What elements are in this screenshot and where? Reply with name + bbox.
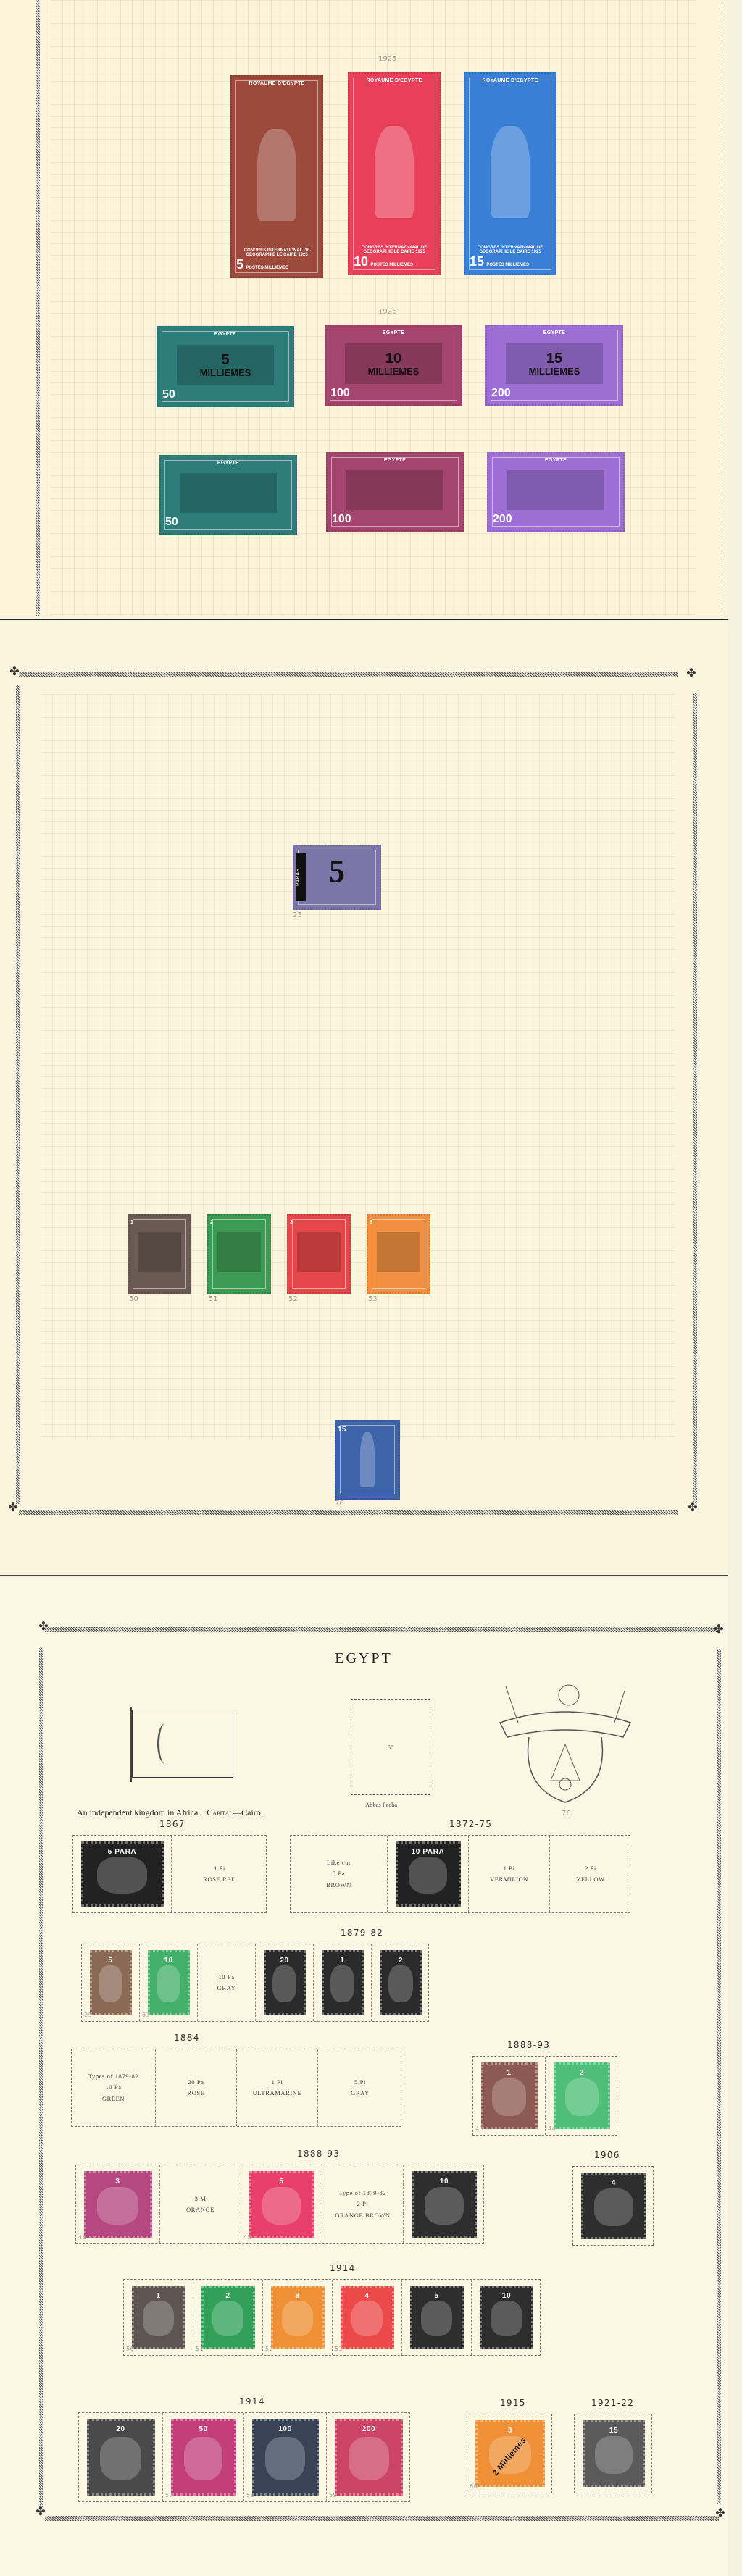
pencil-catalog-number: 60 <box>470 2482 478 2492</box>
stamp-1914-3m-orange[interactable]: 3 <box>367 1214 430 1294</box>
stamp-value: 100 <box>326 387 461 404</box>
section-year: 1914 <box>330 2263 356 2273</box>
stamp-image: 2 <box>554 2062 610 2129</box>
pencil-catalog-number: 45 <box>243 2233 251 2243</box>
pencil-catalog-number: 23 <box>293 911 302 919</box>
mounted-stamp[interactable]: 5 <box>402 2280 472 2355</box>
pencil-catalog-number: 29 <box>84 2010 92 2020</box>
section-year: 1906 <box>594 2150 620 2160</box>
mounted-stamp[interactable]: 5 PARA <box>73 1836 172 1912</box>
stamp-image: 10 <box>148 1950 190 2015</box>
stamp-top-text: EGYPTE <box>213 327 238 337</box>
stamp-1914-3m-red[interactable]: 3 <box>287 1214 351 1294</box>
stamp-top-text: ROYAUME D'EGYPTE <box>365 74 424 83</box>
pencil-catalog-number: 52 <box>288 1295 298 1303</box>
stamp-1914-1m[interactable]: 1 <box>128 1214 191 1294</box>
pencil-year-1926: 1926 <box>378 308 396 316</box>
section-year: 1867 <box>159 1819 185 1829</box>
stamp-image: 50 <box>171 2419 236 2496</box>
stamp-1926-overprint-5m[interactable]: EGYPTE 5MILLIEMES 50 <box>157 326 294 407</box>
stamp-image: 10 <box>412 2171 477 2238</box>
stamp-space-description[interactable]: Type of 1879-822 PiORANGE BROWN <box>322 2165 404 2243</box>
description-line: 1 Pi <box>214 1863 225 1874</box>
pencil-catalog-number: 58 <box>246 2491 254 2501</box>
stamp-1925-10m[interactable]: ROYAUME D'EGYPTE CONGRES INTERNATIONAL D… <box>348 72 441 275</box>
pencil-catalog-number: 33 <box>142 2010 150 2020</box>
stamp-image: 5 <box>249 2171 314 2238</box>
stamp-1926-200m[interactable]: EGYPTE 200 <box>487 452 625 532</box>
mounted-stamp[interactable]: 4 <box>573 2167 654 2245</box>
border-right <box>693 693 697 1504</box>
stamp-image: 5 <box>90 1950 132 2015</box>
border-right <box>717 1649 721 2504</box>
mounted-stamp[interactable]: 2 <box>372 1944 430 2021</box>
description-line: Like cut <box>327 1857 351 1868</box>
border-bottom <box>45 2516 719 2521</box>
mounted-stamp[interactable]: 10 PARA <box>388 1836 469 1912</box>
corner-ornament-icon: ✤ <box>684 668 699 688</box>
mounted-stamp[interactable]: 5057 <box>163 2413 244 2501</box>
section-year: 1884 <box>174 2033 200 2043</box>
description-line: ULTRAMARINE <box>253 2088 302 2099</box>
stamp-image: 200 <box>335 2419 403 2496</box>
stamp-image: 20 <box>87 2419 155 2496</box>
description-line: VERMILION <box>490 1874 528 1885</box>
stamp-value: 5 <box>236 257 243 272</box>
stamp-space-description[interactable]: 3 MORANGE <box>160 2165 241 2243</box>
stamp-row-1921-22: 15 <box>574 2414 652 2493</box>
stamp-caption: CONGRES INTERNATIONAL DE GEOGRAPHIE LE C… <box>232 248 322 257</box>
stamp-image: 32 Milliemes <box>475 2420 545 2487</box>
stamp-caption: CONGRES INTERNATIONAL DE GEOGRAPHIE LE C… <box>349 246 439 254</box>
pencil-catalog-number: 52 <box>265 2344 273 2354</box>
pencil-catalog-number: 53 <box>335 2344 343 2354</box>
stamp-image: 5 PARA <box>81 1841 164 1907</box>
description-line: 2 Pi <box>585 1863 596 1874</box>
stamp-1925-15m[interactable]: ROYAUME D'EGYPTE CONGRES INTERNATIONAL D… <box>464 72 556 275</box>
pencil-catalog-number: 51 <box>209 1295 218 1303</box>
overprint: 15MILLIEMES <box>487 351 622 377</box>
mounted-stamp[interactable]: 453 <box>333 2280 402 2355</box>
corner-ornament-icon: ✤ <box>685 1502 700 1523</box>
stamp-1926-overprint-10m[interactable]: EGYPTE 10MILLIEMES 100 <box>325 325 462 406</box>
section-year: 1888-93 <box>297 2149 340 2159</box>
stamp-space-description[interactable]: 1 PiROSE RED <box>172 1836 267 1912</box>
stamp-1926-100m[interactable]: EGYPTE 100 <box>326 452 464 532</box>
stamp-space-description[interactable]: 10 PaGRAY <box>198 1944 256 2021</box>
stamp-row-1914: 2050571005820059 <box>78 2412 410 2502</box>
border-bottom <box>19 1510 678 1515</box>
description-line: 10 Pa <box>105 2082 121 2093</box>
stamp-value: 50 <box>158 388 293 406</box>
mounted-stamp[interactable]: 150 <box>124 2280 193 2355</box>
section-year: 1872-75 <box>449 1819 492 1829</box>
description-line: 1 Pi <box>272 2077 283 2088</box>
stamp-row-1915: 32 Milliemes60 <box>467 2414 552 2493</box>
stamp-row-1906: 4 <box>572 2166 654 2246</box>
pencil-catalog-number: 76 <box>335 1500 344 1507</box>
description-line: YELLOW <box>576 1874 604 1885</box>
mounted-stamp[interactable]: 143 <box>473 2057 546 2135</box>
pencil-catalog-number: 51 <box>196 2344 204 2354</box>
stamp-value: 100 <box>328 513 462 530</box>
border-left <box>16 685 20 1504</box>
graph-paper-grid <box>41 694 675 1440</box>
country-intro: An independent kingdom in Africa. Capita… <box>77 1807 263 1818</box>
description-line: ROSE RED <box>203 1874 236 1885</box>
album-page-egypt: ✤ ✤ ✤ ✤ EGYPT 50 Abbas Pacha 76 An indep… <box>0 1578 728 2576</box>
flag-pole <box>130 1707 132 1782</box>
stamp-1926-50m[interactable]: EGYPTE 50 <box>159 455 297 535</box>
mounted-stamp[interactable]: 1 <box>314 1944 372 2021</box>
stamp-space-description[interactable]: Like cut5 PaBROWN <box>291 1836 388 1912</box>
description-line: GREEN <box>102 2094 125 2104</box>
stamp-image: 5 <box>410 2286 464 2349</box>
stamp-unit: POSTES MILLIEMES <box>246 266 288 270</box>
stamp-value: 15 <box>470 254 484 269</box>
stamp-space-description[interactable]: 2 PiYELLOW <box>550 1836 631 1912</box>
stamp-1921-15m[interactable]: 15 <box>335 1420 400 1500</box>
flag-illustration <box>132 1710 233 1778</box>
description-line: ORANGE <box>186 2204 214 2215</box>
stamp-value: 3 <box>288 1216 349 1225</box>
mounted-stamp[interactable]: 251 <box>193 2280 263 2355</box>
stamp-value: 15 <box>336 1421 399 1434</box>
stamp-1926-overprint-15m[interactable]: EGYPTE 15MILLIEMES 200 <box>485 325 623 406</box>
stamp-row-1914: 150251352453510 <box>123 2279 541 2356</box>
description-line: 2 Pi <box>357 2199 369 2209</box>
pencil-catalog-number: 57 <box>165 2491 173 2501</box>
description-line: BROWN <box>326 1880 351 1891</box>
stamp-space-description[interactable]: 5 PiGRAY <box>318 2049 402 2126</box>
border-top <box>19 672 678 677</box>
coat-of-arms-icon <box>478 1679 652 1810</box>
section-year: 1914 <box>239 2396 265 2406</box>
album-page-1925-1926: 1925 1926 ROYAUME D'EGYPTE CONGRES INTER… <box>0 0 728 620</box>
section-year: 1915 <box>500 2398 526 2408</box>
album-page-mixed: ✤ ✤ ✤ ✤ 5 PARAS 23 1 2 3 3 50 51 52 53 1… <box>0 622 728 1576</box>
page-border-right <box>722 0 722 616</box>
pencil-catalog-number: 43 <box>475 2124 483 2134</box>
corner-ornament-icon: ✤ <box>36 1621 51 1642</box>
mounted-stamp[interactable]: 15 <box>575 2414 653 2493</box>
description-line: 3 M <box>195 2194 207 2204</box>
portrait-value: 50 <box>388 1744 393 1751</box>
corner-ornament-icon: ✤ <box>33 2506 48 2527</box>
stamp-image: 2 <box>201 2286 255 2349</box>
stamp-caption: CONGRES INTERNATIONAL DE GEOGRAPHIE LE C… <box>465 246 555 254</box>
mounted-stamp[interactable]: 20 <box>79 2413 163 2501</box>
mounted-stamp[interactable]: 32 Milliemes60 <box>467 2414 553 2493</box>
portrait-space[interactable]: 50 <box>351 1699 430 1795</box>
pencil-catalog-number: 76 <box>562 1810 571 1818</box>
description-line: 10 Pa <box>218 1972 234 1983</box>
stamp-top-text: EGYPTE <box>381 326 406 335</box>
stamp-1914-2m[interactable]: 2 <box>207 1214 271 1294</box>
page-border-left <box>36 0 40 616</box>
overprint: 10MILLIEMES <box>326 351 461 377</box>
description-line: 5 Pi <box>354 2077 366 2088</box>
stamp-top-text: EGYPTE <box>383 453 407 463</box>
section-year: 1888-93 <box>507 2040 550 2050</box>
mounted-stamp[interactable]: 20059 <box>327 2413 411 2501</box>
stamp-value: 3 <box>368 1216 429 1225</box>
stamp-unit: POSTES MILLIEMES <box>370 263 413 267</box>
stamp-top-text: EGYPTE <box>543 453 568 463</box>
mounted-stamp[interactable]: 529 <box>82 1944 140 2021</box>
stamp-image: 2 <box>380 1950 422 2015</box>
mounted-stamp[interactable]: 545 <box>241 2165 322 2243</box>
stamp-value: 1 <box>129 1216 190 1225</box>
description-line: GRAY <box>351 2088 370 2099</box>
stamp-space-description[interactable]: 1 PiVERMILION <box>469 1836 550 1912</box>
stamp-image: 15 <box>583 2420 645 2487</box>
description-line: 5 Pa <box>333 1868 345 1879</box>
stamp-image: 100 <box>252 2419 319 2496</box>
corner-ornament-icon: ✤ <box>7 666 22 687</box>
stamp-image: 10 PARA <box>396 1841 461 1907</box>
stamp-space-description[interactable]: Types of 1879-8210 PaGREEN <box>72 2049 156 2126</box>
stamp-top-text: ROYAUME D'EGYPTE <box>248 77 307 86</box>
stamp-value: 2 <box>209 1216 270 1225</box>
border-left <box>39 1647 43 2509</box>
stamp-image: 3 <box>271 2286 325 2349</box>
description-line: 1 Pi <box>504 1863 515 1874</box>
stamp-image: 10 <box>480 2286 533 2349</box>
stamp-space-description[interactable]: 20 PaROSE <box>156 2049 237 2126</box>
stamp-row-1888-93: 3463 MORANGE545Type of 1879-822 PiORANGE… <box>75 2165 484 2244</box>
pencil-year-1925: 1925 <box>378 55 396 63</box>
stamp-1925-5m[interactable]: ROYAUME D'EGYPTE CONGRES INTERNATIONAL D… <box>230 75 323 278</box>
description-line: ROSE <box>187 2088 204 2099</box>
section-year: 1921-22 <box>591 2398 634 2408</box>
description-line: Type of 1879-82 <box>339 2188 387 2199</box>
section-year: 1879-82 <box>341 1928 383 1938</box>
description-line: GRAY <box>217 1983 236 1994</box>
pencil-catalog-number: 53 <box>368 1295 378 1303</box>
stamp-top-text: EGYPTE <box>542 326 567 335</box>
stamp-value: 50 <box>161 516 296 533</box>
mounted-stamp[interactable]: 10 <box>472 2280 541 2355</box>
portrait-caption: Abbas Pacha <box>365 1801 397 1808</box>
description-line: ORANGE BROWN <box>335 2210 390 2221</box>
stamp-row-1872-75: Like cut5 PaBROWN10 PARA1 PiVERMILION2 P… <box>290 1835 630 1913</box>
stamp-image: 3 <box>84 2171 152 2238</box>
stamp-row-1888-93: 143244 <box>472 2056 617 2136</box>
stamp-image: 1 <box>322 1950 364 2015</box>
stamp-top-text: EGYPTE <box>216 456 241 466</box>
mounted-stamp[interactable]: 1033 <box>140 1944 198 2021</box>
stamp-image: 1 <box>132 2286 185 2349</box>
stamp-paras-overprint[interactable]: 5 PARAS <box>293 845 381 910</box>
mounted-stamp[interactable]: 10 <box>404 2165 485 2243</box>
pencil-catalog-number: 59 <box>329 2491 337 2501</box>
stamp-value: 10 <box>354 254 368 269</box>
corner-ornament-icon: ✤ <box>713 2508 728 2528</box>
corner-ornament-icon: ✤ <box>6 1502 20 1523</box>
description-line: Types of 1879-82 <box>88 2071 138 2082</box>
stamp-row-1867: 5 PARA1 PiROSE RED <box>72 1835 267 1913</box>
stamp-unit: POSTES MILLIEMES <box>486 263 529 267</box>
overprint: 5MILLIEMES <box>158 353 293 378</box>
pencil-catalog-number: 44 <box>548 2124 556 2134</box>
crescent-icon <box>157 1723 173 1764</box>
corner-ornament-icon: ✤ <box>712 1624 726 1644</box>
side-overprint: PARAS <box>296 853 306 901</box>
stamp-value: 200 <box>487 387 622 404</box>
stamp-image: 1 <box>481 2062 538 2129</box>
description-line: 20 Pa <box>188 2077 204 2088</box>
stamp-row-1879-82: 529103310 PaGRAY2012 <box>81 1944 429 2022</box>
mounted-stamp[interactable]: 20 <box>256 1944 314 2021</box>
page-title: EGYPT <box>0 1650 728 1667</box>
stamp-value: 200 <box>488 513 623 530</box>
stamp-image: 4 <box>581 2173 646 2239</box>
pencil-catalog-number: 50 <box>129 1295 138 1303</box>
mounted-stamp[interactable]: 244 <box>546 2057 618 2135</box>
overprint: 5 <box>294 855 380 888</box>
mounted-stamp[interactable]: 346 <box>76 2165 160 2243</box>
border-top <box>45 1627 719 1632</box>
stamp-row-1884: Types of 1879-8210 PaGREEN20 PaROSE1 PiU… <box>71 2049 401 2127</box>
stamp-space-description[interactable]: 1 PiULTRAMARINE <box>237 2049 318 2126</box>
pencil-catalog-number: 46 <box>78 2233 86 2243</box>
stamp-image: 20 <box>264 1950 306 2015</box>
stamp-top-text: ROYAUME D'EGYPTE <box>481 74 540 83</box>
mounted-stamp[interactable]: 352 <box>263 2280 333 2355</box>
stamp-image: 4 <box>341 2286 394 2349</box>
pencil-catalog-number: 50 <box>126 2344 134 2354</box>
mounted-stamp[interactable]: 10058 <box>244 2413 327 2501</box>
